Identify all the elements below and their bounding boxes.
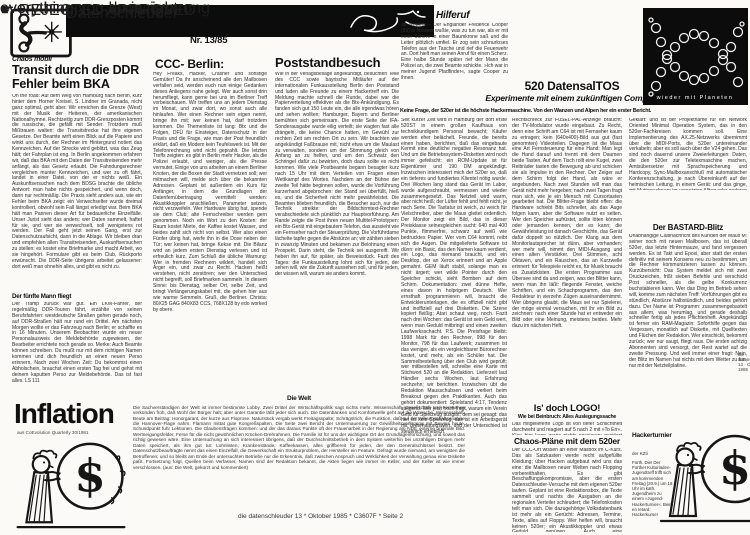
- logo-article-body: Das mitgelieferte Logo ist von tiefer Sc…: [512, 422, 622, 435]
- bastard-body: Unabhängige Clubnachricht des Kunden der…: [629, 234, 747, 416]
- chaos-plaene-body: Der CCC-Ort wissen an einer Mailbox im C…: [512, 448, 622, 532]
- datensaltos-col-c: Geklärt: und ist der Projektname für ein…: [629, 118, 747, 190]
- inflation-subtitle: aus CoEvolution Quarterly 30/1981: [17, 430, 89, 435]
- logo-article-title: Is' doch LOGO!: [512, 404, 622, 414]
- datensaltos-col-b: Rechtschreck zur FuSEL-PAL-Anzeige brauc…: [512, 118, 622, 402]
- hackerturnier-subtitle: der KZti: [632, 451, 648, 456]
- hilferuf-title: Hilferuf: [436, 11, 469, 21]
- transit-body-2: Der Tramp zurück war gut. Ein LKW-Fahrer…: [12, 302, 142, 390]
- inflation-title: Inflation: [14, 400, 114, 429]
- dollar-balloon-cartoon: [12, 436, 130, 534]
- logo-article-subhead: Wie bei Beinbruch: Alles Auslegungssache: [508, 415, 626, 420]
- poststand-title: Poststandbesuch: [275, 56, 380, 69]
- chains-image-caption: wieder mit Planeten: [656, 95, 734, 101]
- datensaltos-title: 520 DatensalTOS: [492, 80, 652, 92]
- chains-image: wieder mit Planeten: [643, 8, 748, 105]
- chaos-plaene-title: Chaos-Pläne mit dem 520er: [510, 437, 624, 446]
- rejected-approved-stamp: ☛ REJECTED APPROVED: [0, 0, 196, 20]
- transit-title-line1: Transit durch die DDR: [12, 64, 139, 77]
- newsletter-page: $: [0, 0, 750, 535]
- dollar-balloon-cartoon-rotated: [658, 428, 750, 528]
- stamp-approved-text: APPROVED: [107, 2, 196, 19]
- transit-body: On the road: Auf dem Weg von Hamburg nac…: [12, 94, 142, 292]
- pointing-hand-icon: ☛: [0, 2, 14, 19]
- poststand-body: Wie in der Verlagsbeilage angekündigt, b…: [275, 72, 399, 390]
- page-footer: die datenschleuder 13 * Oktober 1985 * C…: [238, 513, 403, 520]
- ccc-berlin-body: Hey Freaks, Hacker, Crasher und sonstige…: [153, 72, 267, 394]
- stamp-rejected-text: REJECTED: [19, 2, 103, 19]
- datensaltos-intro: Keine Frage, der 520er ist die höchste H…: [400, 109, 747, 115]
- side-footer: die datenschleuder 13 · Oktober 1985: [738, 352, 750, 492]
- bastard-title: Der BASTARD-Blitz: [629, 224, 747, 232]
- transit-title-line2: Fehler beim BKA: [12, 78, 110, 91]
- issue-number: Nr. 13/85: [190, 36, 227, 46]
- ccc-berlin-title: CCC- Berlin:: [155, 58, 224, 70]
- datensaltos-col-a: Seit kurzer Zeit wird in Hamburg der dor…: [401, 118, 507, 528]
- transit-subhead: Der fünfte Mann fliegt: [12, 294, 71, 300]
